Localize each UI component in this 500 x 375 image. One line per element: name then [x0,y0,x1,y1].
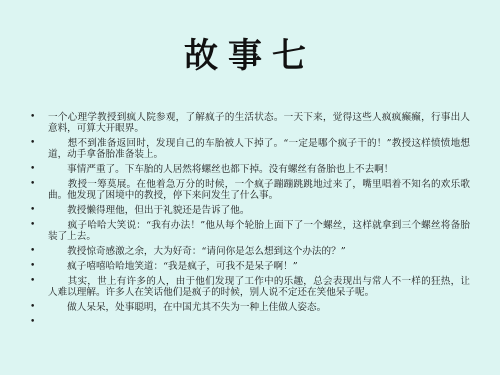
list-item: • 疯子嘻嘻哈哈地笑道：“我是疯子，可我不是呆子啊！” [30,261,470,272]
list-item: • 教授一筹莫展。在他着急万分的时候，一个疯子蹦蹦跳跳地过来了，嘴里唱着不知名的… [30,179,470,201]
list-item: •一个心理学教授到疯人院参观，了解疯子的生活状态。一天下来，觉得这些人疯疯癫癫，… [30,112,470,134]
bullet-icon: • [30,276,35,287]
story-paragraph-list: •一个心理学教授到疯人院参观，了解疯子的生活状态。一天下来，觉得这些人疯疯癫癫，… [30,112,470,332]
bullet-icon: • [30,205,35,216]
paragraph-text: 教授一筹莫展。在他着急万分的时候，一个疯子蹦蹦跳跳地过来了，嘴里唱着不知名的欢乐… [48,179,470,201]
bullet-icon: • [30,112,35,123]
slide-title: 故事七 [0,28,500,77]
list-item: • 事情严重了。下车胎的人居然将螺丝也都下掉。没有螺丝有备胎也上不去啊！ [30,164,470,175]
paragraph-text: 其实，世上有许多的人，由于他们发现了工作中的乐趣，总会表现出与常人不一样的狂热，… [48,276,470,298]
bullet-icon: • [30,164,35,175]
paragraph-text: 一个心理学教授到疯人院参观，了解疯子的生活状态。一天下来，觉得这些人疯疯癫癫，行… [48,112,470,134]
bullet-icon: • [30,261,35,272]
bullet-icon: • [30,179,35,190]
bullet-icon: • [30,302,35,313]
list-item: • 做人呆呆，处事聪明，在中国尤其不失为一种上佳做人姿态。 [30,302,470,313]
paragraph-text: 做人呆呆，处事聪明，在中国尤其不失为一种上佳做人姿态。 [48,302,470,313]
empty-list-item: • [30,317,470,328]
list-item: • 想不到准备返回时，发现自己的车胎被人下掉了。“一定是哪个疯子干的！”教授这样… [30,138,470,160]
paragraph-text: 疯子嘻嘻哈哈地笑道：“我是疯子，可我不是呆子啊！” [48,261,470,272]
paragraph-text: 教授惊奇感激之余，大为好奇：“请问你是怎么想到这个办法的？” [48,246,470,257]
bullet-icon: • [30,220,35,231]
list-item: • 其实，世上有许多的人，由于他们发现了工作中的乐趣，总会表现出与常人不一样的狂… [30,276,470,298]
list-item: • 教授惊奇感激之余，大为好奇：“请问你是怎么想到这个办法的？” [30,246,470,257]
bullet-icon: • [30,138,35,149]
list-item: • 疯子哈哈大笑说：“我有办法！”他从每个轮胎上面下了一个螺丝，这样就拿到三个螺… [30,220,470,242]
list-item: • 教授懒得理他，但出于礼貌还是告诉了他。 [30,205,470,216]
paragraph-text: 教授懒得理他，但出于礼貌还是告诉了他。 [48,205,470,216]
paragraph-text: 想不到准备返回时，发现自己的车胎被人下掉了。“一定是哪个疯子干的！”教授这样愤愤… [48,138,470,160]
paragraph-text: 事情严重了。下车胎的人居然将螺丝也都下掉。没有螺丝有备胎也上不去啊！ [48,164,470,175]
paragraph-text: 疯子哈哈大笑说：“我有办法！”他从每个轮胎上面下了一个螺丝，这样就拿到三个螺丝将… [48,220,470,242]
paragraph-text [48,317,470,328]
bullet-icon: • [30,246,35,257]
bullet-icon: • [30,317,35,328]
